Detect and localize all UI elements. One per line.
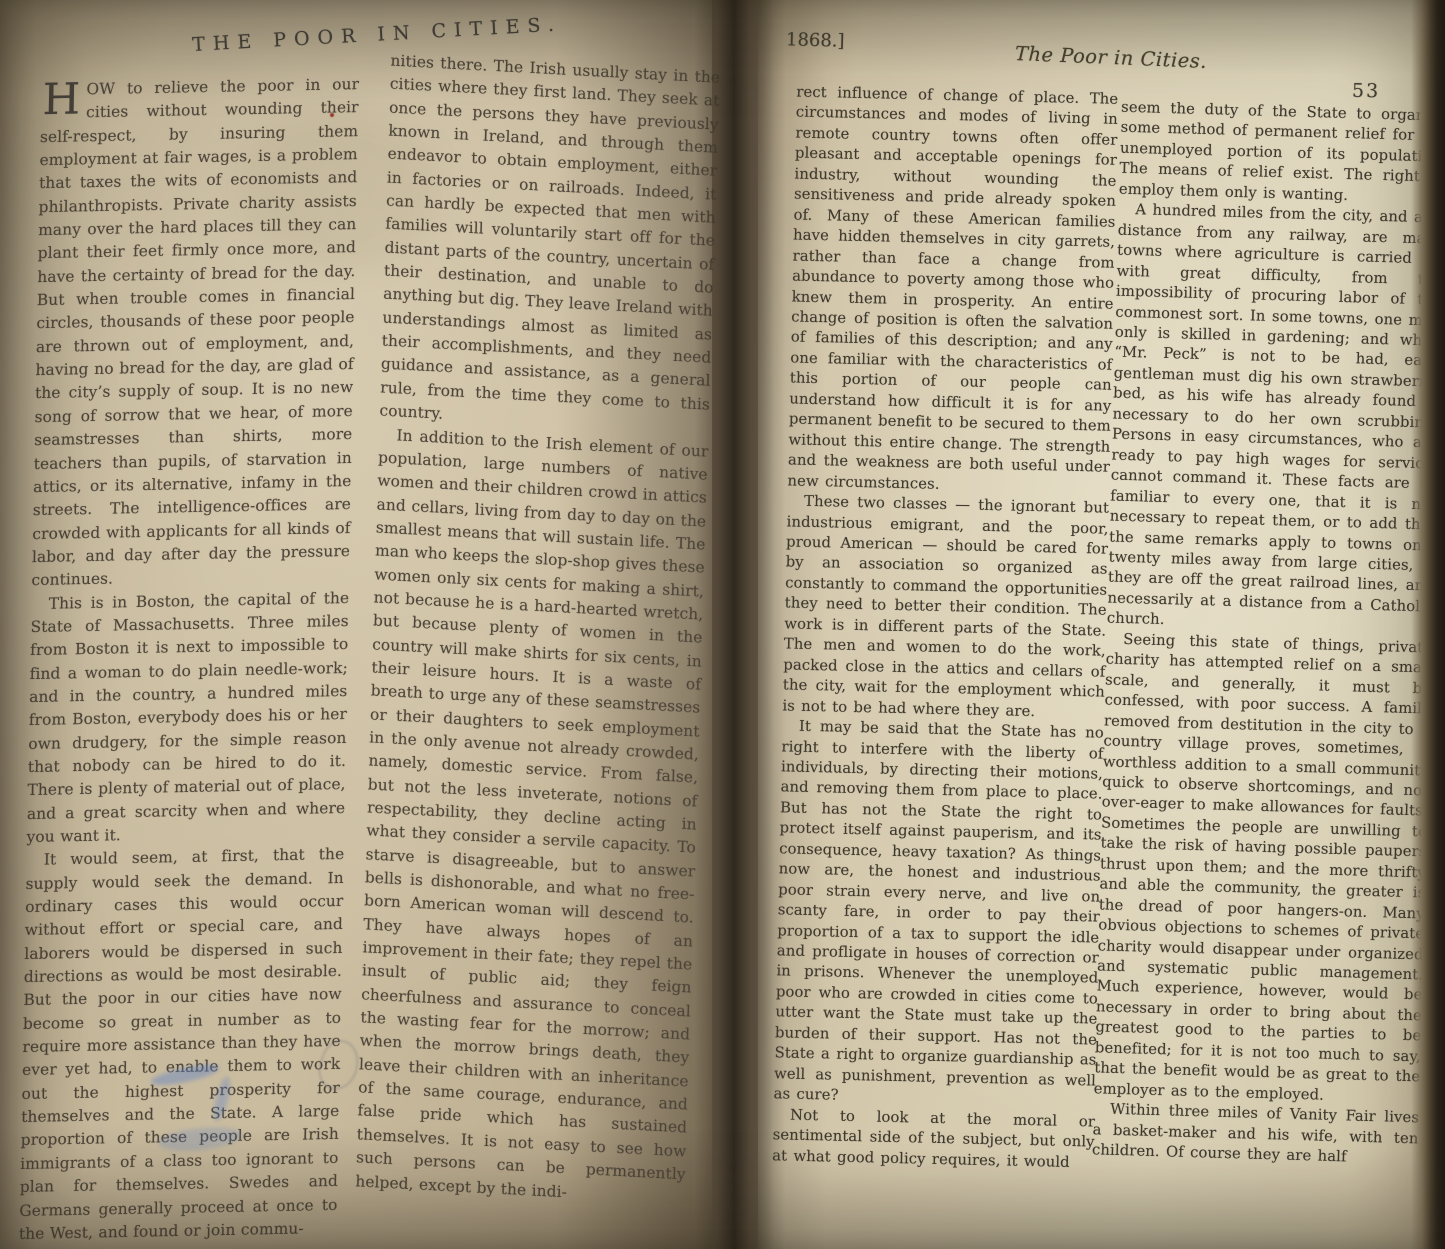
paragraph: nities there. The Irish usually stay in … bbox=[379, 50, 720, 441]
paragraph: rect influence of change of place. The c… bbox=[787, 82, 1118, 498]
paragraph: It would seem, at first, that the supply… bbox=[19, 843, 345, 1246]
paragraph: Within three miles of Vanity Fair lives … bbox=[1092, 1099, 1420, 1169]
paragraph: In addition to the Irish element of our … bbox=[355, 423, 709, 1210]
dropcap-letter: H bbox=[40, 78, 86, 118]
right-page: 1868.] The Poor in Cities. 53 rect influ… bbox=[758, 0, 1445, 1249]
paragraph: seem the duty of the State to organize s… bbox=[1119, 98, 1445, 209]
red-ink-dot bbox=[330, 113, 334, 117]
right-column-2: seem the duty of the State to organize s… bbox=[1091, 98, 1445, 1207]
paragraph: These two classes — the ignorant but ind… bbox=[782, 491, 1109, 723]
paragraph: Seeing this state of things, private cha… bbox=[1093, 629, 1432, 1108]
binding-gutter-shadow bbox=[694, 0, 774, 1249]
paragraph: A hundred miles from the city, and at a … bbox=[1107, 200, 1445, 638]
paragraph: HOW to relieve the poor in our cities wi… bbox=[31, 73, 359, 593]
paragraph: Not to look at the moral or sentimental … bbox=[772, 1105, 1095, 1174]
page-edge-shadow bbox=[1411, 0, 1445, 1249]
page-number: 53 bbox=[1352, 80, 1381, 102]
left-page: THE POOR IN CITIES. HOW to relieve the p… bbox=[0, 0, 712, 1249]
paragraph: This is in Boston, the capital of the St… bbox=[26, 587, 349, 850]
left-running-header: THE POOR IN CITIES. bbox=[192, 14, 553, 56]
header-year-label: 1868.] bbox=[786, 29, 845, 52]
running-title: The Poor in Cities. bbox=[976, 40, 1247, 74]
right-column-1: rect influence of change of place. The c… bbox=[772, 82, 1119, 1194]
paragraph: It may be said that the State has no rig… bbox=[773, 716, 1104, 1112]
left-column-2: nities there. The Irish usually stay in … bbox=[354, 50, 721, 1249]
book-scan: THE POOR IN CITIES. HOW to relieve the p… bbox=[0, 0, 1445, 1249]
